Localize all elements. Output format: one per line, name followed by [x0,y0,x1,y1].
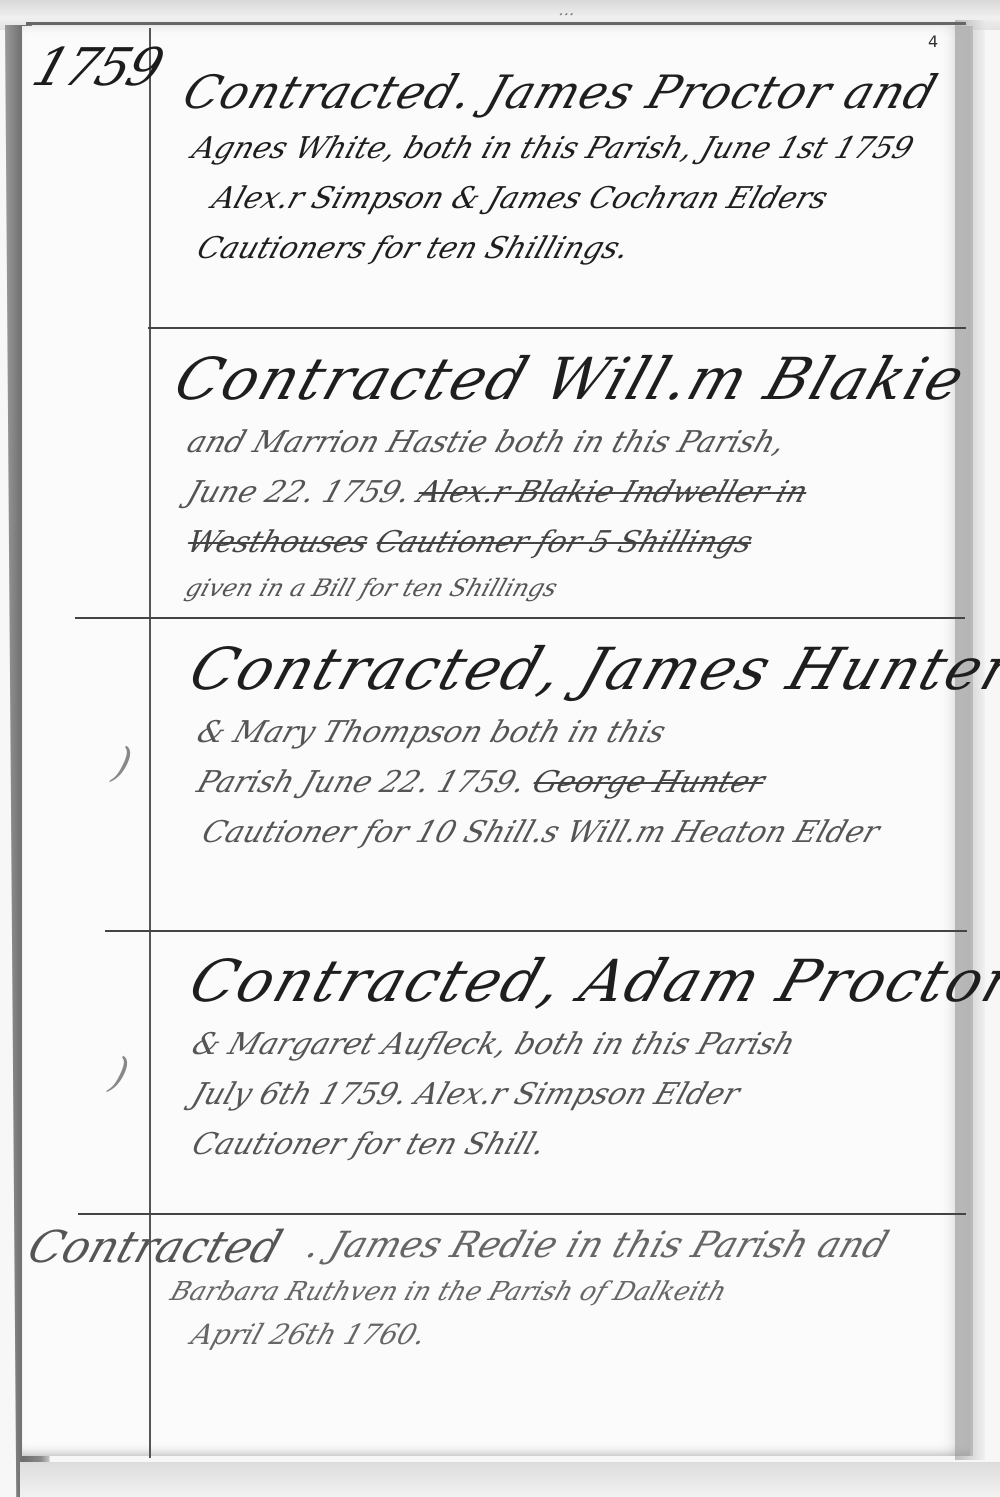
register-entry-1: Contracted. James Proctor and Agnes Whit… [165,60,965,274]
previous-page-fragment: … [557,0,580,19]
entry-date: Parish June 22. 1759. [193,765,530,800]
entry-line: Parish June 22. 1759. George Hunter [190,758,981,808]
entry-line: July 6th 1759. Alex.r Simpson Elder [185,1070,981,1120]
entry-line: June 22. 1759. Alex.r Blakie Indweller i… [180,468,981,518]
struck-text: Cautioner for 5 Shillings [371,525,757,560]
entry-line: Westhouses Cautioner for 5 Shillings [180,518,981,568]
register-entry-4: Contracted, Adam Proctor & Margaret Aufl… [165,942,965,1170]
register-entry-5-cont: Barbara Ruthven in the Parish of Dalkeit… [165,1272,965,1358]
register-entry-2: Contracted Will.m Blakie and Marrion Has… [165,340,965,608]
entry-line: given in a Bill for ten Shillings [180,568,978,608]
page-bottom-edge [20,1462,1000,1497]
year-margin-note: 1759 [25,38,169,98]
entry-separator [75,617,965,619]
struck-text: Westhouses [183,525,373,560]
entry-heading-overflow: Contracted [22,1222,289,1273]
entry-line: Contracted Will.m Blakie [165,340,990,418]
entry-separator [148,327,966,329]
register-entry-3: Contracted, James Hunter & Mary Thompson… [165,630,965,858]
entry-line: Cautioner for 10 Shill.s Will.m Heaton E… [195,808,981,858]
entry-line: Alex.r Simpson & James Cochran Elders [205,174,981,224]
entry-line: Contracted. James Proctor and [175,60,986,124]
entry-line: Contracted, Adam Proctor [180,942,990,1020]
entry-line: and Marrion Hastie both in this Parish, [180,418,981,468]
page-number: 4 [928,32,938,51]
entry-separator [105,930,967,932]
entry-date: June 22. 1759. [183,475,415,510]
entry-line: Cautioner for ten Shill. [185,1120,981,1170]
entry-separator [78,1213,966,1215]
entry-line: & Mary Thompson both in this [190,708,981,758]
struck-text: Alex.r Blakie Indweller in [413,475,812,510]
entry-line: & Margaret Aufleck, both in this Parish [185,1020,981,1070]
struck-text: George Hunter [528,765,769,800]
register-entry-5: . James Redie in this Parish and [300,1222,1000,1270]
entry-line: Barbara Ruthven in the Parish of Dalkeit… [165,1272,978,1312]
entry-line: April 26th 1760. [185,1312,980,1358]
entry-line: . James Redie in this Parish and [300,1222,1000,1270]
entry-line: Agnes White, both in this Parish, June 1… [185,124,981,174]
entry-line: Cautioners for ten Shillings. [190,224,981,274]
entry-line: Contracted, James Hunter [180,630,990,708]
top-rule [26,22,966,25]
